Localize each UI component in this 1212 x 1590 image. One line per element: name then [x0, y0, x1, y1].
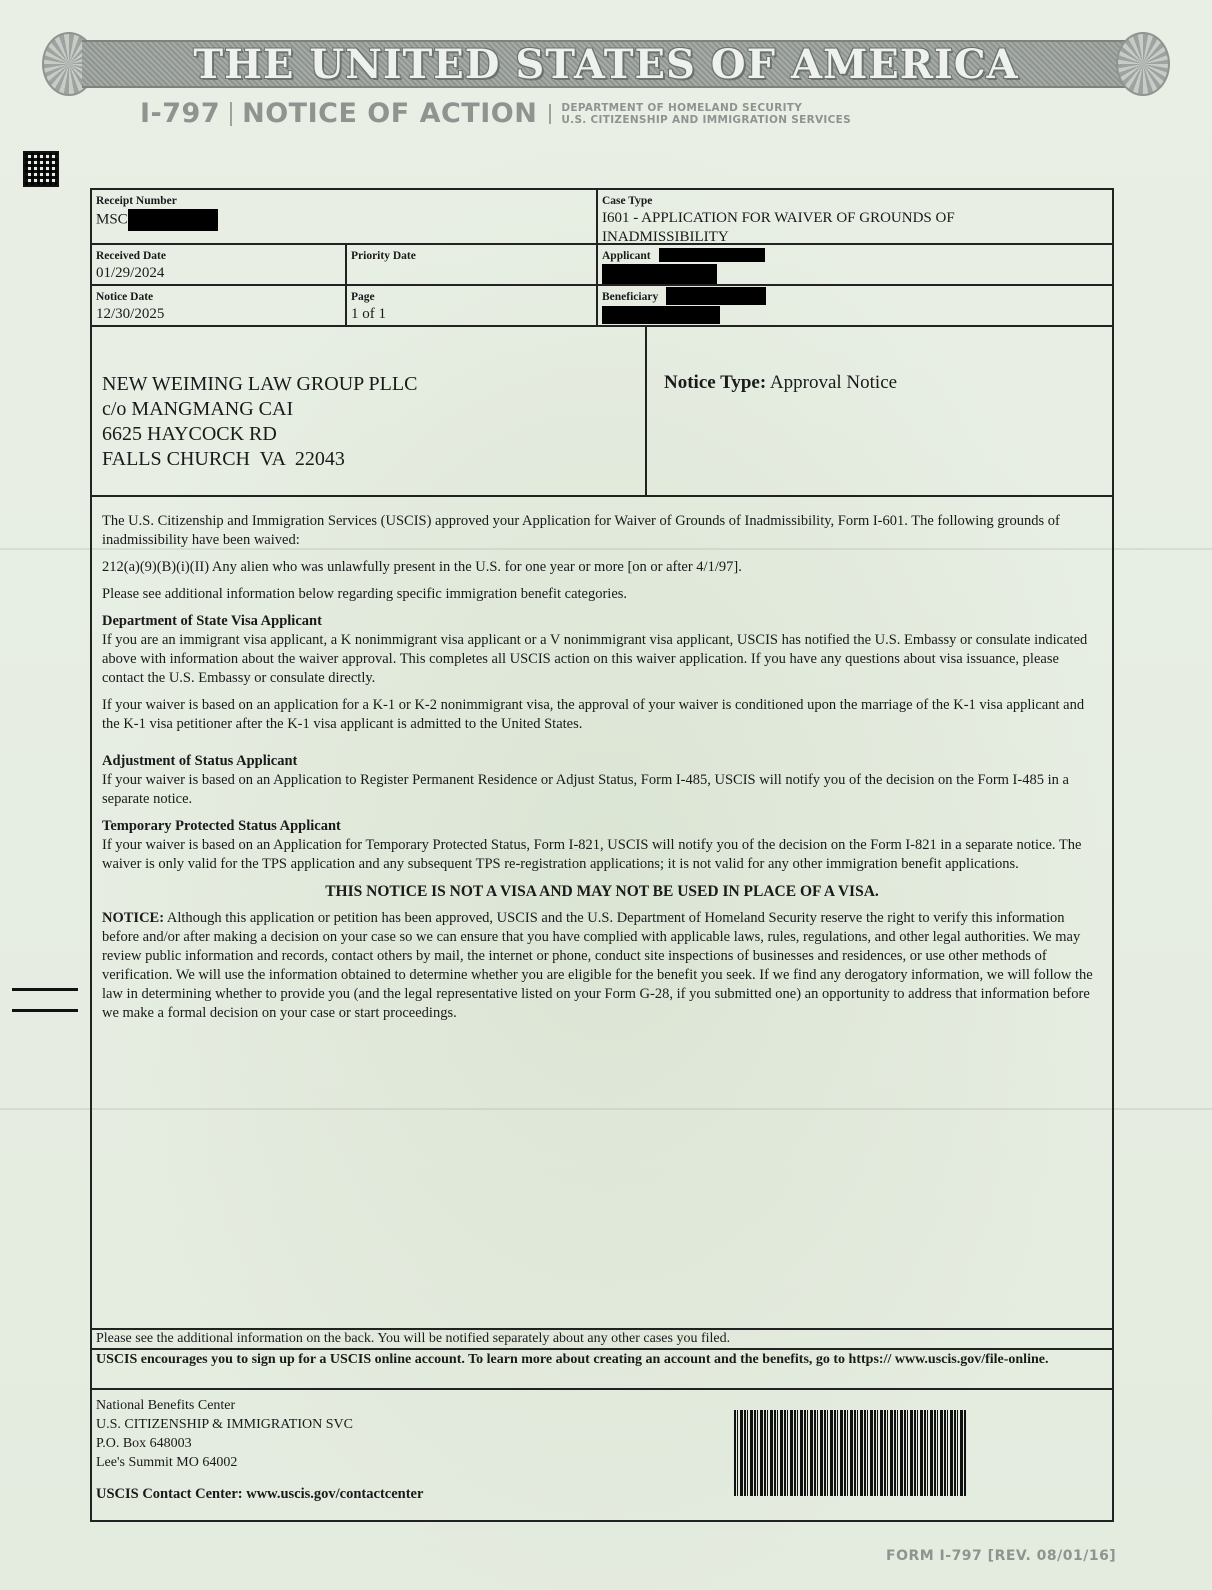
- section-heading: Adjustment of Status Applicant: [102, 752, 1102, 771]
- field-label: Applicant: [602, 250, 651, 263]
- case-type-value: I601 - APPLICATION FOR WAIVER OF GROUNDS…: [602, 209, 1022, 247]
- not-a-visa-warning: THIS NOTICE IS NOT A VISA AND MAY NOT BE…: [102, 882, 1102, 901]
- redaction-block: [666, 287, 766, 305]
- notice-text: Although this application or petition ha…: [102, 910, 1093, 1021]
- field-label: Priority Date: [351, 250, 416, 263]
- section-heading: Temporary Protected Status Applicant: [102, 817, 1102, 836]
- datamatrix-code-icon: [23, 151, 59, 187]
- rosette-ornament-icon: [1116, 32, 1170, 96]
- address-line: c/o MANGMANG CAI: [102, 397, 417, 422]
- field-label: Page: [351, 291, 375, 304]
- agency-line: U.S. CITIZENSHIP AND IMMIGRATION SERVICE…: [561, 114, 851, 126]
- agency-name: DEPARTMENT OF HOMELAND SECURITY U.S. CIT…: [561, 102, 851, 126]
- field-label: Received Date: [96, 250, 166, 263]
- applicant-cell: Applicant: [598, 245, 1112, 286]
- divider: [230, 102, 232, 126]
- notice-date-cell: Notice Date 12/30/2025: [92, 286, 347, 327]
- priority-date-cell: Priority Date: [347, 245, 598, 286]
- notice-paragraph: NOTICE: Although this application or pet…: [102, 909, 1102, 1023]
- address-line: NEW WEIMING LAW GROUP PLLC: [102, 372, 417, 397]
- address-line: 6625 HAYCOCK RD: [102, 422, 417, 447]
- contact-center: USCIS Contact Center: www.uscis.gov/cont…: [96, 1486, 423, 1503]
- margin-mark: [12, 988, 78, 991]
- field-label: Notice Date: [96, 291, 153, 304]
- mailing-address: NEW WEIMING LAW GROUP PLLC c/o MANGMANG …: [102, 372, 417, 472]
- field-label: Receipt Number: [96, 195, 177, 208]
- center-line: Lee's Summit MO 64002: [96, 1453, 353, 1472]
- center-line: National Benefits Center: [96, 1396, 353, 1415]
- notice-form: Receipt Number MSC Case Type I601 - APPL…: [90, 188, 1114, 1522]
- waived-ground: 212(a)(9)(B)(i)(II) Any alien who was un…: [102, 558, 1102, 577]
- field-label: Case Type: [602, 195, 652, 208]
- barcode-icon: [734, 1410, 966, 1496]
- notice-type-label: Notice Type:: [664, 372, 766, 393]
- notice-date-value: 12/30/2025: [96, 305, 341, 324]
- margin-mark: [12, 1009, 78, 1012]
- receipt-number-value: MSC: [96, 212, 128, 228]
- notice-type-value: Approval Notice: [770, 372, 897, 393]
- notice-type-cell: [647, 327, 1112, 497]
- form-title: NOTICE OF ACTION: [242, 98, 537, 129]
- page-cell: Page 1 of 1: [347, 286, 598, 327]
- notice-body: The U.S. Citizenship and Immigration Ser…: [102, 512, 1102, 1031]
- title-line: I-797 NOTICE OF ACTION DEPARTMENT OF HOM…: [140, 98, 851, 129]
- notice-type: Notice Type: Approval Notice: [664, 372, 897, 394]
- notice-label: NOTICE:: [102, 910, 164, 926]
- center-line: U.S. CITIZENSHIP & IMMIGRATION SVC: [96, 1415, 353, 1434]
- section-heading: Department of State Visa Applicant: [102, 612, 1102, 631]
- redaction-block: [602, 306, 720, 324]
- received-date-value: 01/29/2024: [96, 264, 341, 283]
- address-line: FALLS CHURCH VA 22043: [102, 447, 417, 472]
- agency-line: DEPARTMENT OF HOMELAND SECURITY: [561, 102, 851, 114]
- additional-info-row: Please see the additional information on…: [92, 1328, 1112, 1350]
- service-center-address: National Benefits Center U.S. CITIZENSHI…: [96, 1396, 353, 1472]
- received-date-cell: Received Date 01/29/2024: [92, 245, 347, 286]
- see-below-paragraph: Please see additional information below …: [102, 585, 1102, 604]
- online-account-row: USCIS encourages you to sign up for a US…: [92, 1350, 1112, 1390]
- beneficiary-cell: Beneficiary: [598, 286, 1112, 327]
- banner: THE UNITED STATES OF AMERICA: [42, 32, 1170, 96]
- redaction-block: [659, 248, 765, 262]
- receipt-number-cell: Receipt Number MSC: [92, 190, 598, 245]
- section-paragraph: If your waiver is based on an Applicatio…: [102, 771, 1102, 809]
- form-revision: FORM I-797 [REV. 08/01/16]: [886, 1548, 1116, 1564]
- section-paragraph: If you are an immigrant visa applicant, …: [102, 631, 1102, 688]
- banner-text: THE UNITED STATES OF AMERICA: [193, 41, 1018, 88]
- form-code: I-797: [140, 98, 220, 129]
- case-type-cell: Case Type I601 - APPLICATION FOR WAIVER …: [598, 190, 1112, 245]
- divider: [549, 104, 551, 124]
- section-paragraph: If your waiver is based on an Applicatio…: [102, 836, 1102, 874]
- intro-paragraph: The U.S. Citizenship and Immigration Ser…: [102, 512, 1102, 550]
- section-paragraph: If your waiver is based on an applicatio…: [102, 696, 1102, 734]
- center-line: P.O. Box 648003: [96, 1434, 353, 1453]
- redaction-block: [128, 209, 218, 231]
- page-value: 1 of 1: [351, 305, 592, 324]
- field-label: Beneficiary: [602, 291, 658, 304]
- redaction-block: [602, 264, 717, 284]
